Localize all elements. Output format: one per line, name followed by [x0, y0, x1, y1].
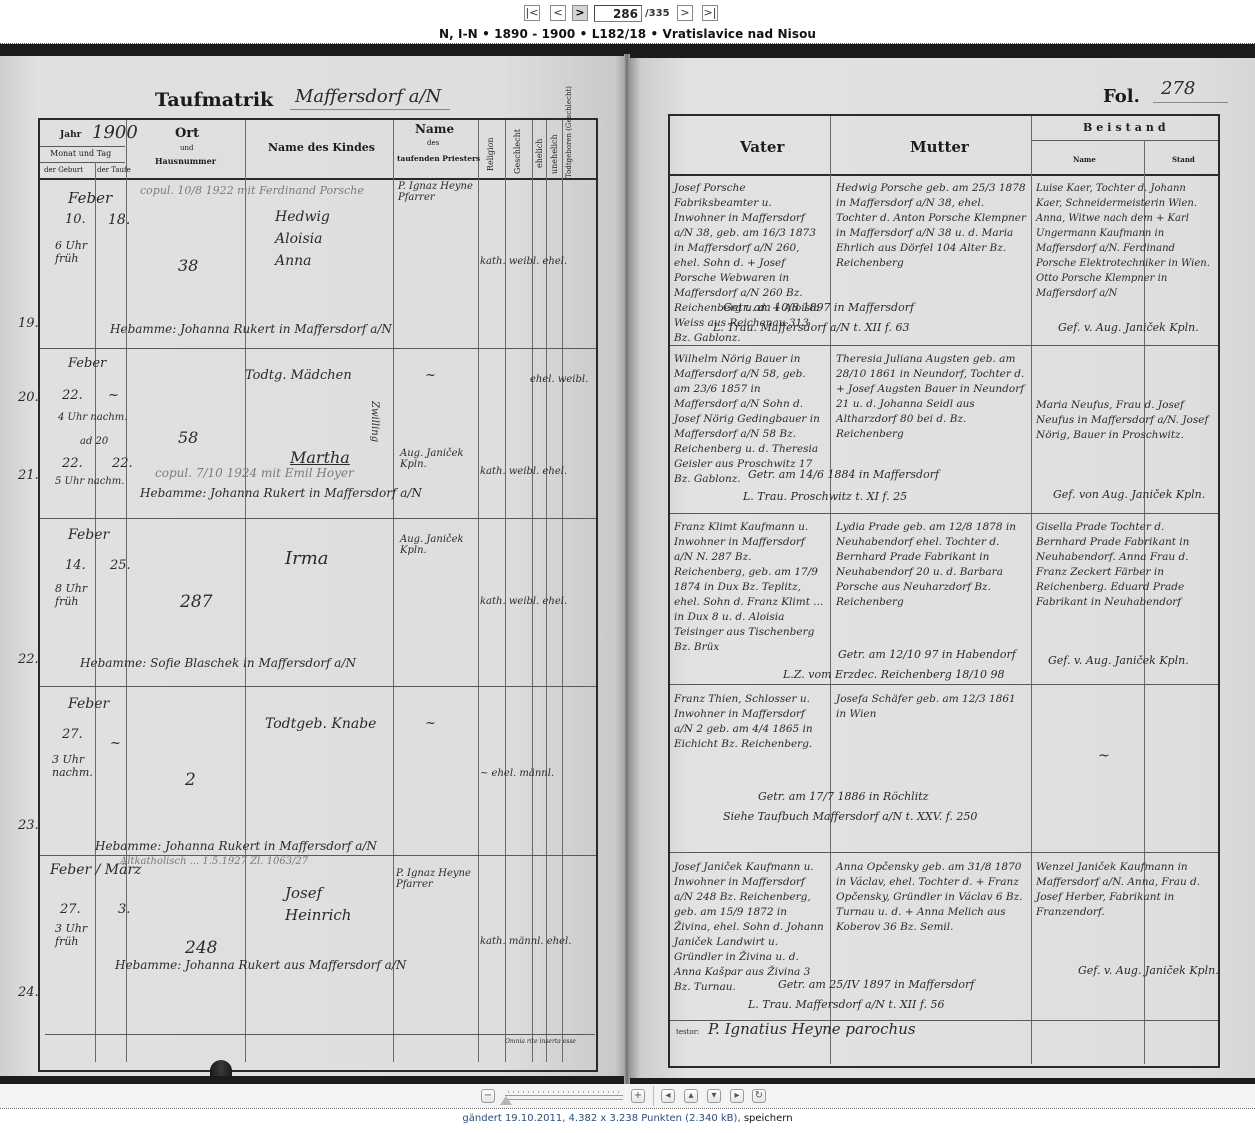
father-details: Franz Klimt Kaufmann u. Inwohner in Maff…: [674, 520, 824, 655]
marriage-register: L. Trau. Maffersdorf a/N t. XII f. 56: [748, 998, 945, 1011]
register-title: Taufmatrik: [155, 89, 273, 111]
folio-number-hand: 278: [1161, 78, 1195, 99]
marriage-record: Getr. am 25/IV 1897 in Maffersdorf: [778, 978, 974, 991]
row-rule: [670, 852, 1218, 853]
godparent-details: Wenzel Janiček Kaufmann in Maffersdorf a…: [1036, 860, 1211, 920]
entry-priest: P. Ignaz Heyne Pfarrer: [396, 868, 476, 890]
header-todtgeboren: Todtgeboren (Geschlecht): [565, 86, 573, 178]
header-ehelich: ehelich: [535, 139, 544, 168]
parish-handwritten: Maffersdorf a/N: [295, 86, 441, 107]
entry-time: 8 Uhr früh: [55, 582, 95, 608]
marriage-register: L. Trau. Proschwitz t. XI f. 25: [743, 490, 907, 503]
divider: [0, 1108, 1255, 1109]
next-page-button[interactable]: >: [677, 5, 693, 21]
entry-house: 38: [178, 256, 198, 275]
signature: Gef. v. Aug. Janiček Kpln.: [1078, 964, 1219, 977]
entry-midwife: Hebamme: Johanna Rukert aus Maffersdorf …: [115, 958, 406, 972]
zoom-slider-track[interactable]: [505, 1095, 623, 1100]
entry-number: 24.: [18, 985, 39, 1000]
save-link[interactable]: speichern: [744, 1113, 793, 1124]
entry-note: copul. 10/8 1922 mit Ferdinand Porsche: [140, 184, 364, 197]
marriage-register: L. Trau. Maffersdorf a/N t. XII f. 63: [713, 321, 910, 334]
pan-up-button[interactable]: ▴: [684, 1089, 698, 1103]
header-vater: Vater: [740, 138, 784, 156]
document-title: N, I-N • 1890 - 1900 • L182/18 • Vratisl…: [0, 27, 1255, 41]
entry-note: copul. 7/10 1924 mit Emil Hoyer: [155, 466, 354, 480]
row-rule: [40, 518, 596, 519]
header-der-geburt: der Geburt: [44, 166, 83, 174]
entry-birth-day: 22.: [62, 456, 83, 471]
header-unehelich: unehelich: [550, 134, 559, 174]
mother-details: Hedwig Porsche geb. am 25/3 1878 in Maff…: [836, 181, 1026, 271]
col-rule: [393, 120, 394, 1062]
entry-month: Feber: [68, 189, 112, 207]
row-rule: [40, 686, 596, 687]
entry-month: Feber: [68, 527, 109, 543]
rule: [1032, 140, 1218, 141]
header-jahr: Jahr: [60, 130, 81, 140]
entry-midwife: Hebamme: Sofie Blaschek in Maffersdorf a…: [80, 656, 356, 670]
mother-details: Theresia Juliana Augsten geb. am 28/10 1…: [836, 352, 1026, 442]
entry-house: 287: [180, 592, 212, 612]
entry-child-name: Josef Heinrich: [285, 882, 365, 926]
col-rule: [830, 116, 831, 1064]
last-page-button[interactable]: >|: [702, 5, 718, 21]
entry-house: 2: [185, 770, 196, 790]
folio-label: Fol.: [1103, 86, 1140, 107]
zoom-slider-ticks: [508, 1091, 620, 1093]
godparent-details: Maria Neufus, Frau d. Josef Neufus in Ma…: [1036, 398, 1211, 443]
entry-number: 21.: [18, 468, 39, 483]
entry-number: 20.: [18, 390, 39, 405]
entry-priest: ~: [425, 716, 436, 731]
entry-midwife: Hebamme: Johanna Rukert in Maffersdorf a…: [110, 322, 392, 336]
godparent-details: ~: [1098, 748, 1110, 764]
header-taufenden-priesters: taufenden Priesters: [397, 154, 480, 163]
entry-number: 19.: [18, 316, 39, 331]
entry-house: 248: [185, 938, 217, 958]
entry-religion-sex: ehel. weibl.: [530, 374, 588, 385]
entry-birth-day: 14.: [65, 558, 86, 573]
entry-priest: Aug. Janiček Kpln.: [400, 448, 475, 470]
godparent-details: Gisella Prade Tochter d. Bernhard Prade …: [1036, 520, 1211, 610]
zoom-slider-handle[interactable]: [500, 1096, 512, 1105]
entry-priest: ~: [425, 368, 436, 383]
rule: [40, 162, 125, 163]
entry-time: 3 Uhr früh: [55, 922, 95, 948]
entry-number: 23.: [18, 818, 39, 833]
entry-month: ad 20: [80, 436, 108, 447]
image-info-text: gändert 19.10.2011, 4.382 x 3.238 Punkte…: [462, 1113, 740, 1124]
entry-birth-day: 27.: [60, 902, 81, 917]
toolbar-divider: [653, 1086, 654, 1106]
entry-birth-day: 22.: [62, 388, 83, 403]
entry-birth-day: 27.: [62, 727, 83, 742]
header-ort: Ort: [175, 126, 199, 141]
folio-underline: [1153, 102, 1228, 103]
image-viewer[interactable]: Taufmatrik Maffersdorf a/N Jahr 1900 Mon…: [0, 44, 1255, 1084]
page-navigation: |< < > /335 > >|: [0, 0, 1255, 28]
entry-child-name: Todtgeb. Knabe: [265, 716, 376, 732]
entry-month: Feber: [68, 356, 106, 371]
signature: Gef. v. Aug. Janiček Kpln.: [1048, 654, 1189, 667]
viewer-toolbar: − + ◂ ▴ ▾ ▸ ↻: [0, 1084, 1255, 1108]
entry-midwife: Hebamme: Johanna Rukert in Maffersdorf a…: [140, 486, 422, 500]
rotate-reset-button[interactable]: ↻: [752, 1089, 766, 1103]
entry-child-name: Irma: [285, 548, 329, 569]
bookmark-clip: [210, 1060, 232, 1076]
entry-child-name: Hedwig Aloisia Anna: [275, 206, 355, 272]
entry-religion-sex: kath. weibl. ehel.: [480, 596, 567, 607]
entry-religion-sex: kath. weibl. ehel.: [480, 256, 567, 267]
entry-baptism-day: ~: [110, 736, 121, 751]
header-der-taufe: der Taufe: [97, 166, 131, 174]
marriage-record: Getr. am 12/10 97 in Habendorf: [838, 648, 1016, 661]
title-underline: [290, 109, 450, 110]
entry-religion-sex: kath. männl. ehel.: [480, 936, 571, 947]
entry-priest: P. Ignaz Heyne Pfarrer: [398, 181, 478, 203]
col-rule: [478, 120, 479, 1062]
marriage-register: L.Z. vom Erzdec. Reichenberg 18/10 98: [783, 668, 1005, 681]
marriage-record: Getr. am 17/7 1886 in Röchlitz: [758, 790, 928, 803]
header-und: und: [180, 144, 194, 152]
header-name-kindes: Name des Kindes: [268, 141, 375, 154]
father-details: Wilhelm Nörig Bauer in Maffersdorf a/N 5…: [674, 352, 824, 487]
header-monat-tag: Monat und Tag: [50, 149, 111, 158]
entry-baptism-day: 3.: [118, 902, 130, 917]
zoom-out-button[interactable]: −: [481, 1089, 495, 1103]
godparent-details: Luise Kaer, Tochter d. Johann Kaer, Schn…: [1036, 181, 1211, 301]
header-geschlecht: Geschlecht: [513, 129, 522, 174]
col-rule: [95, 162, 96, 1062]
header-beistand-name: Name: [1073, 155, 1096, 164]
entry-note: Altkatholisch ... 1.5.1927 Zl. 1063/27: [120, 856, 308, 867]
entry-time: 5 Uhr nachm.: [55, 476, 124, 487]
pan-down-button[interactable]: ▾: [707, 1089, 721, 1103]
left-page: Taufmatrik Maffersdorf a/N Jahr 1900 Mon…: [0, 56, 628, 1076]
image-status: gändert 19.10.2011, 4.382 x 3.238 Punkte…: [0, 1113, 1255, 1124]
header-bottom-rule: [670, 174, 1218, 176]
pan-left-button[interactable]: ◂: [661, 1089, 675, 1103]
header-beistand-stand: Stand: [1172, 155, 1195, 164]
col-rule: [245, 120, 246, 1062]
rule: [40, 146, 125, 147]
entry-twin-note: Zwilling: [369, 401, 380, 442]
header-mutter: Mutter: [910, 138, 969, 156]
entry-baptism-day: ~: [108, 388, 119, 403]
marriage-register: Siehe Taufbuch Maffersdorf a/N t. XXV. f…: [723, 810, 977, 823]
header-year-hand: 1900: [92, 122, 138, 143]
entry-time: 3 Uhr nachm.: [52, 753, 92, 779]
pan-right-button[interactable]: ▸: [730, 1089, 744, 1103]
mother-details: Anna Opčensky geb. am 31/8 1870 in Václa…: [836, 860, 1026, 935]
header-name: Name: [415, 122, 454, 136]
marriage-record: Getr. am 14/6 1884 in Maffersdorf: [748, 468, 939, 481]
next-page-active-button[interactable]: >: [572, 5, 588, 21]
father-details: Franz Thien, Schlosser u. Inwohner in Ma…: [674, 692, 824, 752]
header-des: des: [427, 139, 439, 147]
right-page: Fol. 278 Vater Mutter Beistand Name Stan…: [628, 58, 1255, 1078]
entry-child-name: Martha: [290, 448, 350, 467]
page-number-input[interactable]: [594, 5, 642, 22]
footer-omnia: Omnia rite inserta esse: [505, 1038, 576, 1045]
entry-time: 4 Uhr nachm.: [58, 412, 127, 423]
entry-religion-sex: ~ ehel. männl.: [480, 768, 554, 779]
entry-baptism-day: 18.: [108, 212, 130, 228]
testor-label: testor:: [676, 1028, 699, 1036]
mother-details: Josefa Schäfer geb. am 12/3 1861 in Wien: [836, 692, 1026, 722]
entry-house: 58: [178, 428, 198, 447]
zoom-in-button[interactable]: +: [631, 1089, 645, 1103]
marriage-record: Getr. am 10/8 1897 in Maffersdorf: [723, 301, 914, 314]
row-rule: [670, 513, 1218, 514]
entry-birth-day: 10.: [65, 212, 86, 227]
page-total: /335: [645, 8, 670, 19]
entry-religion-sex: kath. weibl. ehel.: [480, 466, 567, 477]
signature: Gef. v. Aug. Janiček Kpln.: [1058, 321, 1199, 334]
mother-details: Lydia Prade geb. am 12/8 1878 in Neuhabe…: [836, 520, 1026, 610]
entry-month: Feber: [68, 696, 109, 712]
header-hausnummer: Hausnummer: [155, 156, 216, 166]
signature: Gef. von Aug. Janiček Kpln.: [1053, 488, 1205, 501]
entry-number: 22.: [18, 652, 39, 667]
entry-priest: Aug. Janiček Kpln.: [400, 534, 475, 556]
entry-child-name: Todtg. Mädchen: [245, 368, 352, 383]
entry-midwife: Hebamme: Johanna Rukert in Maffersdorf a…: [95, 839, 377, 853]
entry-baptism-day: 22.: [112, 456, 133, 471]
row-rule: [40, 348, 596, 349]
row-rule: [670, 684, 1218, 685]
header-beistand: Beistand: [1083, 121, 1170, 134]
col-rule: [126, 120, 127, 1062]
testor-signature: P. Ignatius Heyne parochus: [708, 1020, 916, 1038]
first-page-button[interactable]: |<: [524, 5, 540, 21]
header-bottom-rule: [40, 178, 596, 180]
father-details: Josef Janiček Kaufmann u. Inwohner in Ma…: [674, 860, 824, 995]
col-rule: [1031, 116, 1032, 1064]
entry-baptism-day: 25.: [110, 558, 131, 573]
row-rule: [45, 1034, 595, 1035]
previous-page-button[interactable]: <: [550, 5, 566, 21]
header-religion: Religion: [486, 137, 495, 171]
entry-time: 6 Uhr früh: [55, 239, 95, 265]
